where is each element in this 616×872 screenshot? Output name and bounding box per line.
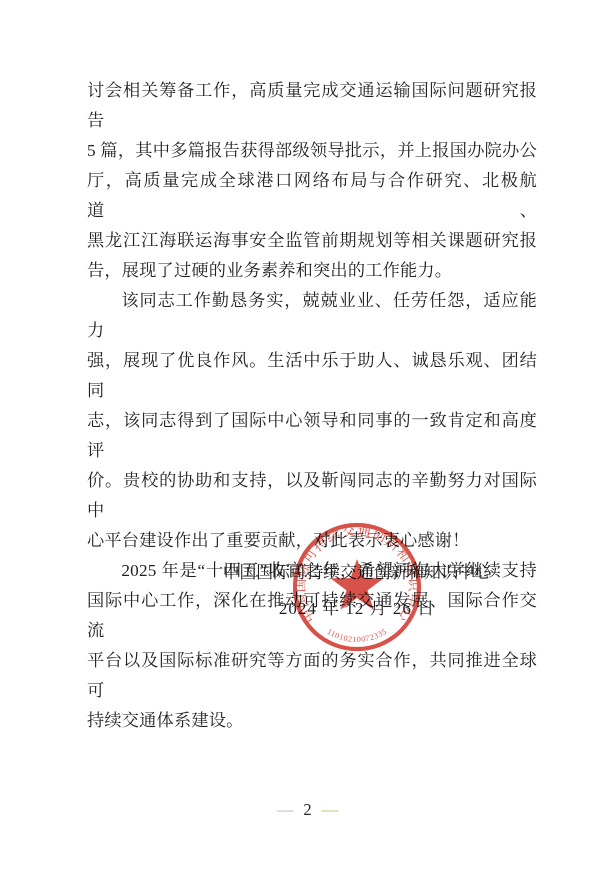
body-line: 告，展现了过硬的业务素养和突出的工作能力。 xyxy=(87,256,537,286)
page-footer: —2— xyxy=(0,800,616,820)
body-line: 黑龙江江海联运海事安全监管前期规划等相关课题研究报 xyxy=(87,226,537,256)
footer-left-dash: — xyxy=(277,800,295,819)
signature-organization: 中国国际可持续交通创新和知识中心 xyxy=(196,561,518,585)
body-line: 平台以及国际标准研究等方面的务实合作，共同推进全球可 xyxy=(87,646,537,706)
letter-body-text: 讨会相关筹备工作，高质量完成交通运输国际问题研究报告5 篇，其中多篇报告获得部级… xyxy=(87,76,537,736)
body-line: 心平台建设作出了重要贡献，对此表示衷心感谢！ xyxy=(87,526,537,556)
footer-right-dash: — xyxy=(322,800,340,819)
body-line: 该同志工作勤恳务实，兢兢业业、任劳任怨，适应能力 xyxy=(87,286,537,346)
body-line: 强，展现了优良作风。生活中乐于助人、诚恳乐观、团结同 xyxy=(87,346,537,406)
body-line: 厅，高质量完成全球港口网络布局与合作研究、北极航道、 xyxy=(87,166,537,226)
page-number: 2 xyxy=(294,800,321,819)
body-line: 持续交通体系建设。 xyxy=(87,706,537,736)
signature-date: 2024 年 12 月 26 日 xyxy=(196,597,518,621)
body-line: 价。贵校的协助和支持，以及靳闯同志的辛勤努力对国际中 xyxy=(87,466,537,526)
body-line: 讨会相关筹备工作，高质量完成交通运输国际问题研究报告 xyxy=(87,76,537,136)
body-line: 5 篇，其中多篇报告获得部级领导批示，并上报国办院办公 xyxy=(87,136,537,166)
letter-page: 讨会相关筹备工作，高质量完成交通运输国际问题研究报告5 篇，其中多篇报告获得部级… xyxy=(0,0,616,872)
body-line: 志，该同志得到了国际中心领导和同事的一致肯定和高度评 xyxy=(87,406,537,466)
